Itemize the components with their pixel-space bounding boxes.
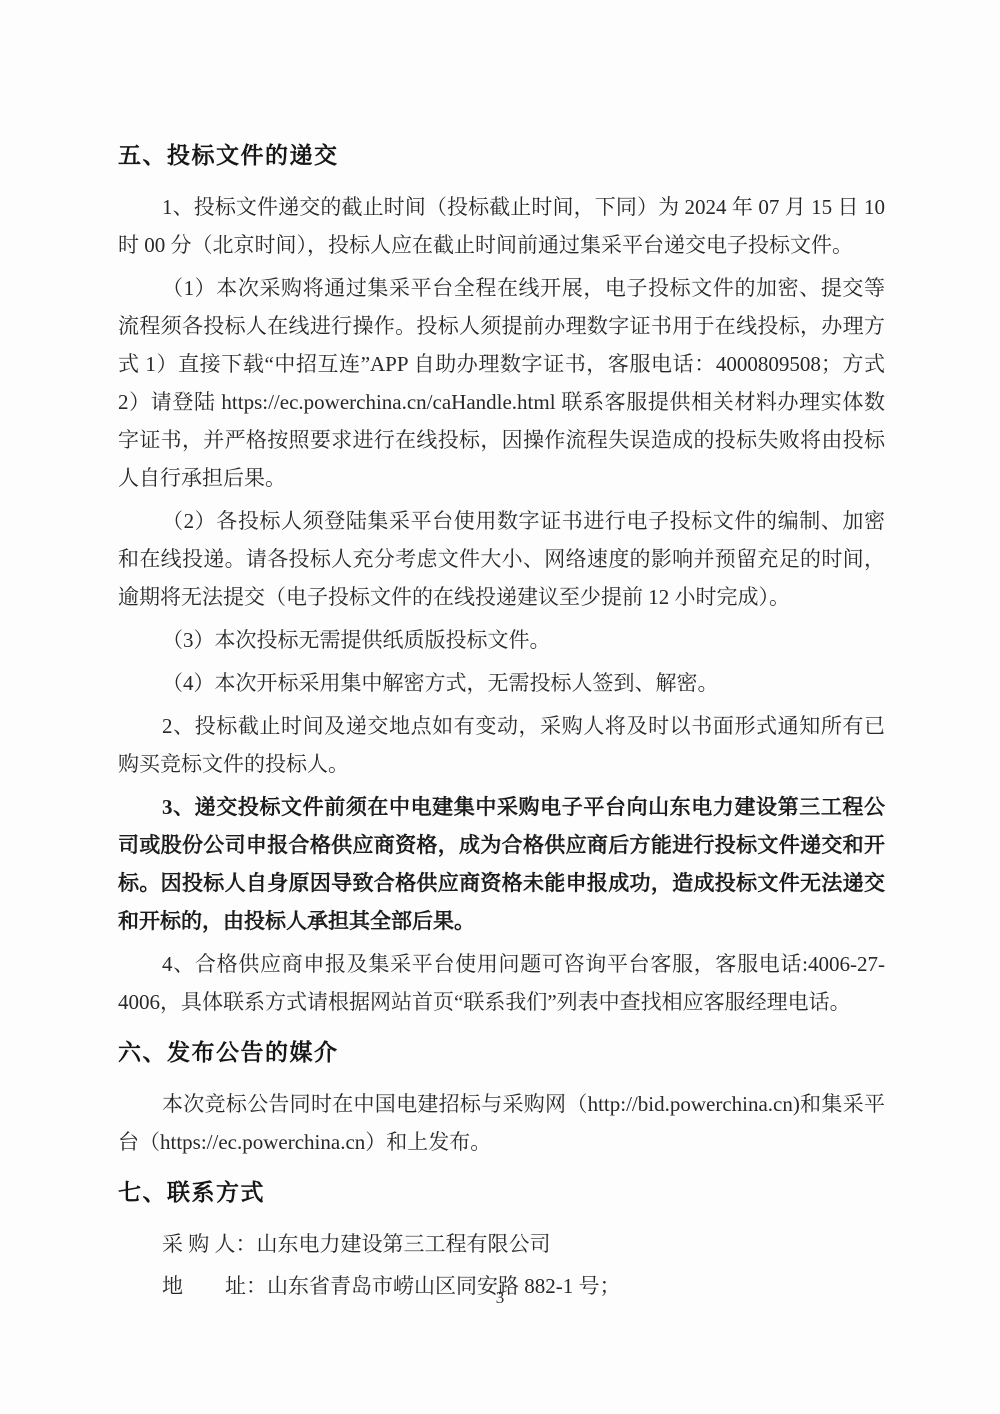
section-heading-announcement-media: 六、发布公告的媒介 [118,1035,885,1071]
paragraph-no-paper: （3）本次投标无需提供纸质版投标文件。 [118,621,885,659]
contact-line-purchaser: 采 购 人：山东电力建设第三工程有限公司 [118,1225,885,1263]
page-content: 五、投标文件的递交 1、投标文件递交的截止时间（投标截止时间，下同）为 2024… [118,138,885,1309]
paragraph-central-decrypt: （4）本次开标采用集中解密方式，无需投标人签到、解密。 [118,664,885,702]
paragraph-online-process: （1）本次采购将通过集采平台全程在线开展，电子投标文件的加密、提交等流程须各投标… [118,269,885,497]
document-page: 五、投标文件的递交 1、投标文件递交的截止时间（投标截止时间，下同）为 2024… [0,0,1000,1414]
paragraph-change-notice: 2、投标截止时间及递交地点如有变动，采购人将及时以书面形式通知所有已购买竞标文件… [118,707,885,783]
paragraph-publish-websites: 本次竞标公告同时在中国电建招标与采购网（http://bid.powerchin… [118,1085,885,1161]
paragraph-deadline: 1、投标文件递交的截止时间（投标截止时间，下同）为 2024 年 07 月 15… [118,188,885,264]
page-number: 3 [0,1288,1000,1308]
paragraph-service-hotline: 4、合格供应商申报及集采平台使用问题可咨询平台客服，客服电话:4006-27-4… [118,945,885,1021]
section-heading-bid-submission: 五、投标文件的递交 [118,138,885,174]
section-heading-contact: 七、联系方式 [118,1175,885,1211]
paragraph-supplier-qualification: 3、递交投标文件前须在中电建集中采购电子平台向山东电力建设第三工程公司或股份公司… [118,788,885,940]
paragraph-digital-cert-upload: （2）各投标人须登陆集采平台使用数字证书进行电子投标文件的编制、加密和在线投递。… [118,502,885,616]
